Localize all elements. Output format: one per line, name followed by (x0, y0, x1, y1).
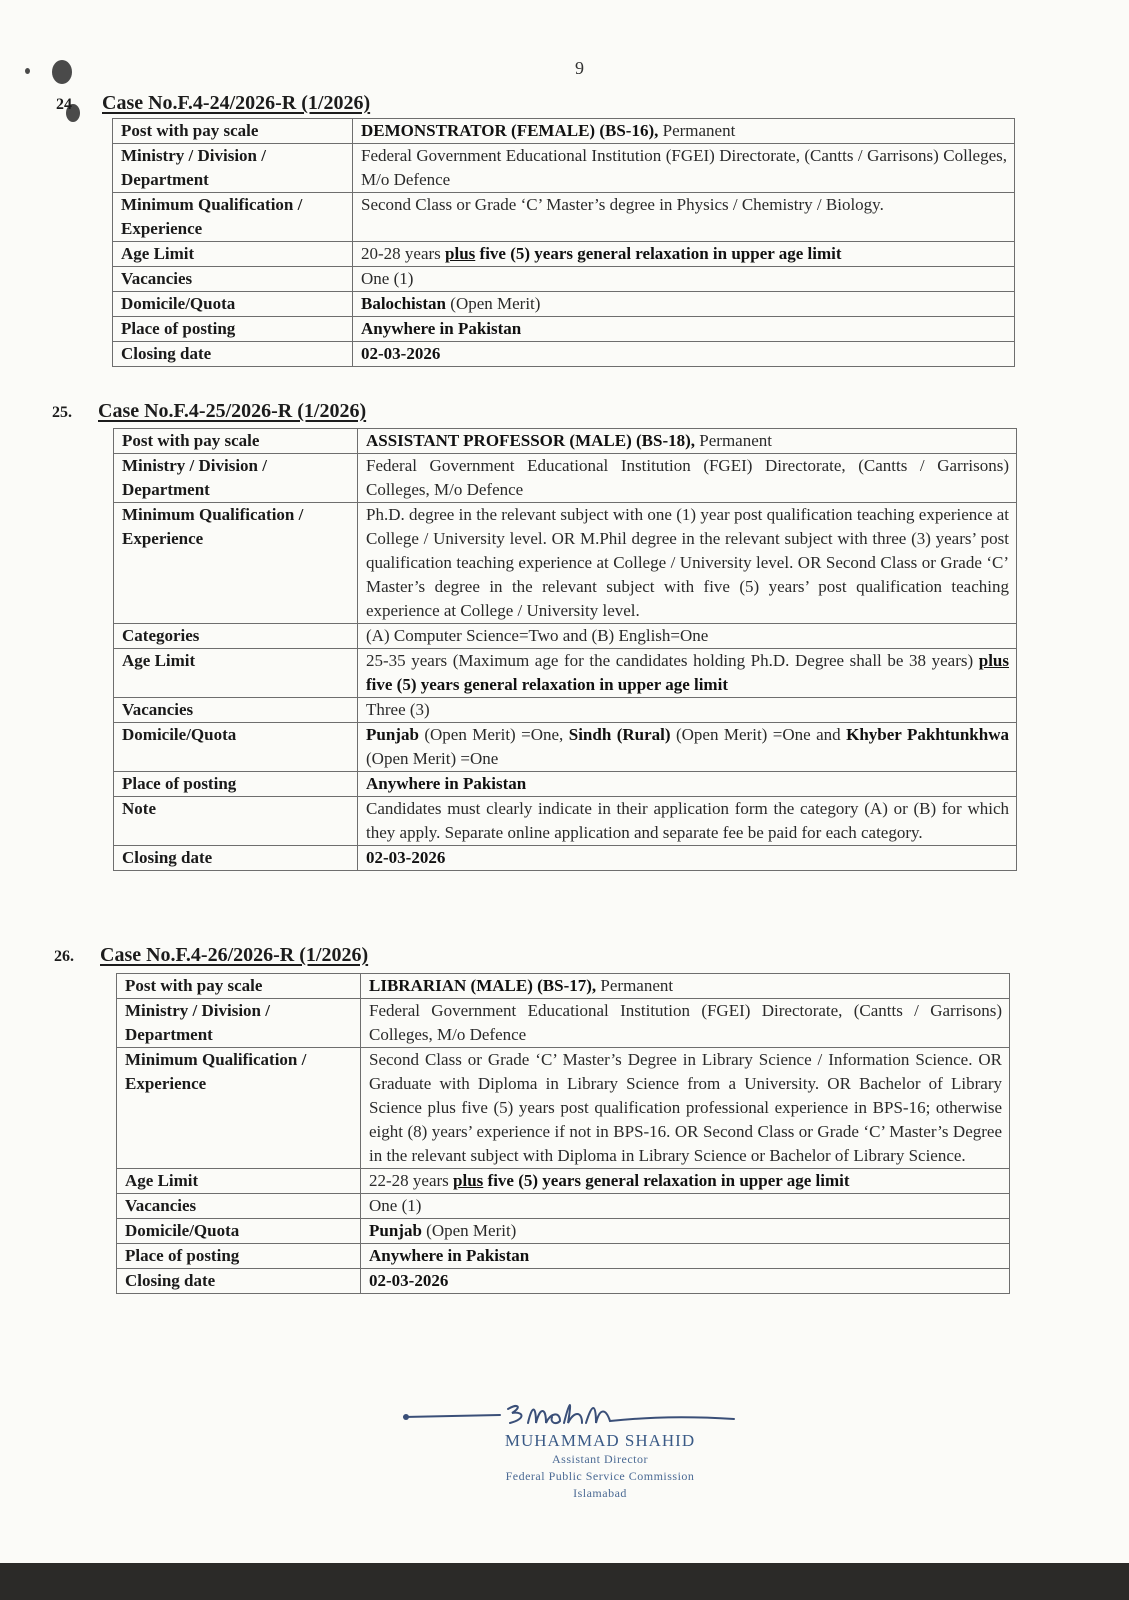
case-table: Post with pay scaleLIBRARIAN (MALE) (BS-… (116, 973, 1010, 1294)
table-row: Place of postingAnywhere in Pakistan (114, 772, 1017, 797)
row-label: Closing date (117, 1269, 361, 1294)
table-row: Age Limit20-28 years plus five (5) years… (113, 242, 1015, 267)
value-segment: Federal Government Educational Instituti… (366, 456, 1009, 499)
case-heading: 26.Case No.F.4-26/2026-R (1/2026) (54, 944, 368, 967)
table-row: Domicile/QuotaBalochistan (Open Merit) (113, 292, 1015, 317)
row-value: 02-03-2026 (361, 1269, 1010, 1294)
value-segment: 02-03-2026 (361, 344, 440, 363)
value-segment: Anywhere in Pakistan (369, 1246, 529, 1265)
value-segment: DEMONSTRATOR (FEMALE) (BS-16), (361, 121, 658, 140)
value-segment: 02-03-2026 (366, 848, 445, 867)
case-index: 25. (52, 404, 98, 422)
value-segment: Federal Government Educational Instituti… (361, 146, 1007, 189)
ink-smudge (52, 60, 72, 84)
value-segment: Khyber Pakhtunkhwa (846, 725, 1009, 744)
table-row: Ministry / Division / DepartmentFederal … (114, 454, 1017, 503)
row-value: Federal Government Educational Instituti… (361, 999, 1010, 1048)
value-segment: 20-28 years (361, 244, 445, 263)
row-label: Post with pay scale (117, 974, 361, 999)
row-label: Place of posting (117, 1244, 361, 1269)
signatory-designation: Assistant Director (440, 1451, 760, 1468)
table-row: Ministry / Division / DepartmentFederal … (117, 999, 1010, 1048)
value-segment: Anywhere in Pakistan (361, 319, 521, 338)
table-row: Place of postingAnywhere in Pakistan (113, 317, 1015, 342)
case-table-body: Post with pay scaleASSISTANT PROFESSOR (… (114, 429, 1017, 871)
row-label: Post with pay scale (114, 429, 358, 454)
row-label: Place of posting (113, 317, 353, 342)
row-label: Closing date (113, 342, 353, 367)
row-value: DEMONSTRATOR (FEMALE) (BS-16), Permanent (353, 119, 1015, 144)
row-value: ASSISTANT PROFESSOR (MALE) (BS-18), Perm… (358, 429, 1017, 454)
value-segment: (Open Merit) =One (366, 749, 498, 768)
row-value: Punjab (Open Merit) (361, 1219, 1010, 1244)
table-row: Minimum Qualification / ExperienceSecond… (113, 193, 1015, 242)
value-segment: One (1) (361, 269, 413, 288)
row-label: Minimum Qualification / Experience (113, 193, 353, 242)
value-segment: Permanent (658, 121, 735, 140)
case-title: Case No.F.4-25/2026-R (1/2026) (98, 400, 366, 422)
case-table-body: Post with pay scaleDEMONSTRATOR (FEMALE)… (113, 119, 1015, 367)
row-value: Punjab (Open Merit) =One, Sindh (Rural) … (358, 723, 1017, 772)
row-label: Minimum Qualification / Experience (114, 503, 358, 624)
table-row: Place of postingAnywhere in Pakistan (117, 1244, 1010, 1269)
row-label: Note (114, 797, 358, 846)
row-label: Ministry / Division / Department (117, 999, 361, 1048)
value-segment: ASSISTANT PROFESSOR (MALE) (BS-18), (366, 431, 695, 450)
scan-bottom-edge (0, 1563, 1129, 1600)
row-value: Second Class or Grade ‘C’ Master’s Degre… (361, 1048, 1010, 1169)
table-row: Categories(A) Computer Science=Two and (… (114, 624, 1017, 649)
value-segment: five (5) years general relaxation in upp… (475, 244, 841, 263)
table-row: Minimum Qualification / ExperienceSecond… (117, 1048, 1010, 1169)
row-label: Closing date (114, 846, 358, 871)
value-segment: 25-35 years (Maximum age for the candida… (366, 651, 979, 670)
value-segment: Anywhere in Pakistan (366, 774, 526, 793)
ink-smudge (25, 68, 30, 74)
row-label: Age Limit (113, 242, 353, 267)
value-segment: Three (3) (366, 700, 430, 719)
case-table: Post with pay scaleASSISTANT PROFESSOR (… (113, 428, 1017, 871)
value-segment: (Open Merit) (422, 1221, 516, 1240)
value-segment: Balochistan (361, 294, 446, 313)
value-segment: Ph.D. degree in the relevant subject wit… (366, 505, 1009, 620)
row-label: Place of posting (114, 772, 358, 797)
table-row: Post with pay scaleLIBRARIAN (MALE) (BS-… (117, 974, 1010, 999)
case-title: Case No.F.4-26/2026-R (1/2026) (100, 944, 368, 966)
row-label: Domicile/Quota (117, 1219, 361, 1244)
value-segment: plus (453, 1171, 483, 1190)
value-segment: Candidates must clearly indicate in thei… (366, 799, 1009, 842)
row-value: Second Class or Grade ‘C’ Master’s degre… (353, 193, 1015, 242)
value-segment: Permanent (695, 431, 772, 450)
row-value: Balochistan (Open Merit) (353, 292, 1015, 317)
table-row: Post with pay scaleASSISTANT PROFESSOR (… (114, 429, 1017, 454)
signatory-city: Islamabad (440, 1485, 760, 1502)
table-row: Age Limit25-35 years (Maximum age for th… (114, 649, 1017, 698)
page-number: 9 (575, 58, 584, 79)
value-segment: (A) Computer Science=Two and (B) English… (366, 626, 708, 645)
row-value: Federal Government Educational Instituti… (358, 454, 1017, 503)
value-segment: 02-03-2026 (369, 1271, 448, 1290)
signatory-name: MUHAMMAD SHAHID (440, 1431, 760, 1451)
case-table-body: Post with pay scaleLIBRARIAN (MALE) (BS-… (117, 974, 1010, 1294)
table-row: VacanciesOne (1) (117, 1194, 1010, 1219)
value-segment: plus (445, 244, 475, 263)
signature-block: MUHAMMAD SHAHID Assistant Director Feder… (400, 1395, 760, 1502)
row-value: One (1) (353, 267, 1015, 292)
row-value: (A) Computer Science=Two and (B) English… (358, 624, 1017, 649)
table-row: Post with pay scaleDEMONSTRATOR (FEMALE)… (113, 119, 1015, 144)
value-segment: Punjab (366, 725, 419, 744)
value-segment: (Open Merit) =One, (419, 725, 569, 744)
table-row: Closing date02-03-2026 (113, 342, 1015, 367)
row-label: Vacancies (114, 698, 358, 723)
table-row: Domicile/QuotaPunjab (Open Merit) =One, … (114, 723, 1017, 772)
row-value: 02-03-2026 (353, 342, 1015, 367)
value-segment: One (1) (369, 1196, 421, 1215)
row-label: Age Limit (117, 1169, 361, 1194)
row-value: 22-28 years plus five (5) years general … (361, 1169, 1010, 1194)
row-label: Domicile/Quota (114, 723, 358, 772)
value-segment: LIBRARIAN (MALE) (BS-17), (369, 976, 596, 995)
row-label: Categories (114, 624, 358, 649)
table-row: VacanciesOne (1) (113, 267, 1015, 292)
value-segment: plus (979, 651, 1009, 670)
value-segment: (Open Merit) =One and (671, 725, 847, 744)
row-value: Anywhere in Pakistan (353, 317, 1015, 342)
row-label: Minimum Qualification / Experience (117, 1048, 361, 1169)
row-value: 20-28 years plus five (5) years general … (353, 242, 1015, 267)
case-heading: 24Case No.F.4-24/2026-R (1/2026) (56, 92, 370, 115)
table-row: Domicile/QuotaPunjab (Open Merit) (117, 1219, 1010, 1244)
table-row: Age Limit22-28 years plus five (5) years… (117, 1169, 1010, 1194)
case-index: 24 (56, 96, 102, 114)
handwritten-signature (400, 1395, 760, 1435)
value-segment: Sindh (Rural) (569, 725, 671, 744)
value-segment: Permanent (596, 976, 673, 995)
row-value: 02-03-2026 (358, 846, 1017, 871)
row-value: Three (3) (358, 698, 1017, 723)
case-index: 26. (54, 948, 100, 966)
row-value: One (1) (361, 1194, 1010, 1219)
value-segment: five (5) years general relaxation in upp… (366, 675, 728, 694)
case-title: Case No.F.4-24/2026-R (1/2026) (102, 92, 370, 114)
row-value: LIBRARIAN (MALE) (BS-17), Permanent (361, 974, 1010, 999)
table-row: Minimum Qualification / ExperiencePh.D. … (114, 503, 1017, 624)
table-row: Closing date02-03-2026 (114, 846, 1017, 871)
row-value: Anywhere in Pakistan (361, 1244, 1010, 1269)
row-label: Domicile/Quota (113, 292, 353, 317)
row-label: Vacancies (117, 1194, 361, 1219)
table-row: Ministry / Division / DepartmentFederal … (113, 144, 1015, 193)
row-label: Vacancies (113, 267, 353, 292)
table-row: VacanciesThree (3) (114, 698, 1017, 723)
row-value: Anywhere in Pakistan (358, 772, 1017, 797)
case-heading: 25.Case No.F.4-25/2026-R (1/2026) (52, 400, 366, 423)
row-label: Ministry / Division / Department (113, 144, 353, 193)
value-segment: five (5) years general relaxation in upp… (483, 1171, 849, 1190)
row-label: Post with pay scale (113, 119, 353, 144)
row-value: Ph.D. degree in the relevant subject wit… (358, 503, 1017, 624)
value-segment: Punjab (369, 1221, 422, 1240)
value-segment: Second Class or Grade ‘C’ Master’s Degre… (369, 1050, 1002, 1165)
signatory-organization: Federal Public Service Commission (440, 1468, 760, 1485)
row-value: Candidates must clearly indicate in thei… (358, 797, 1017, 846)
table-row: NoteCandidates must clearly indicate in … (114, 797, 1017, 846)
value-segment: (Open Merit) (446, 294, 540, 313)
row-label: Age Limit (114, 649, 358, 698)
row-value: 25-35 years (Maximum age for the candida… (358, 649, 1017, 698)
value-segment: 22-28 years (369, 1171, 453, 1190)
row-value: Federal Government Educational Instituti… (353, 144, 1015, 193)
value-segment: Second Class or Grade ‘C’ Master’s degre… (361, 195, 884, 214)
case-table: Post with pay scaleDEMONSTRATOR (FEMALE)… (112, 118, 1015, 367)
table-row: Closing date02-03-2026 (117, 1269, 1010, 1294)
value-segment: Federal Government Educational Instituti… (369, 1001, 1002, 1044)
row-label: Ministry / Division / Department (114, 454, 358, 503)
